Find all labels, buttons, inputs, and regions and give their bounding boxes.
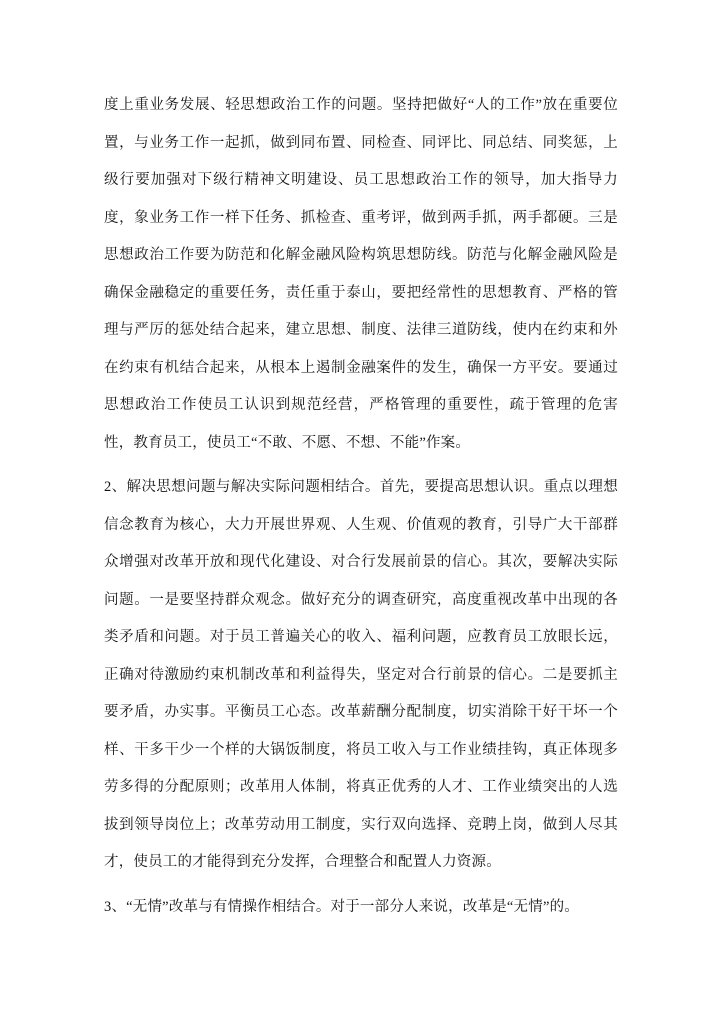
paragraph: 度上重业务发展、轻思想政治工作的问题。坚持把做好“人的工作”放在重要位置，与业务… xyxy=(104,87,618,462)
document-body: 度上重业务发展、轻思想政治工作的问题。坚持把做好“人的工作”放在重要位置，与业务… xyxy=(104,87,618,926)
paragraph: 3、“无情”改革与有情操作相结合。对于一部分人来说，改革是“无情”的。 xyxy=(104,889,618,927)
paragraph: 2、解决思想问题与解决实际问题相结合。首先，要提高思想认识。重点以理想信念教育为… xyxy=(104,469,618,882)
document-page: 度上重业务发展、轻思想政治工作的问题。坚持把做好“人的工作”放在重要位置，与业务… xyxy=(0,0,721,1020)
